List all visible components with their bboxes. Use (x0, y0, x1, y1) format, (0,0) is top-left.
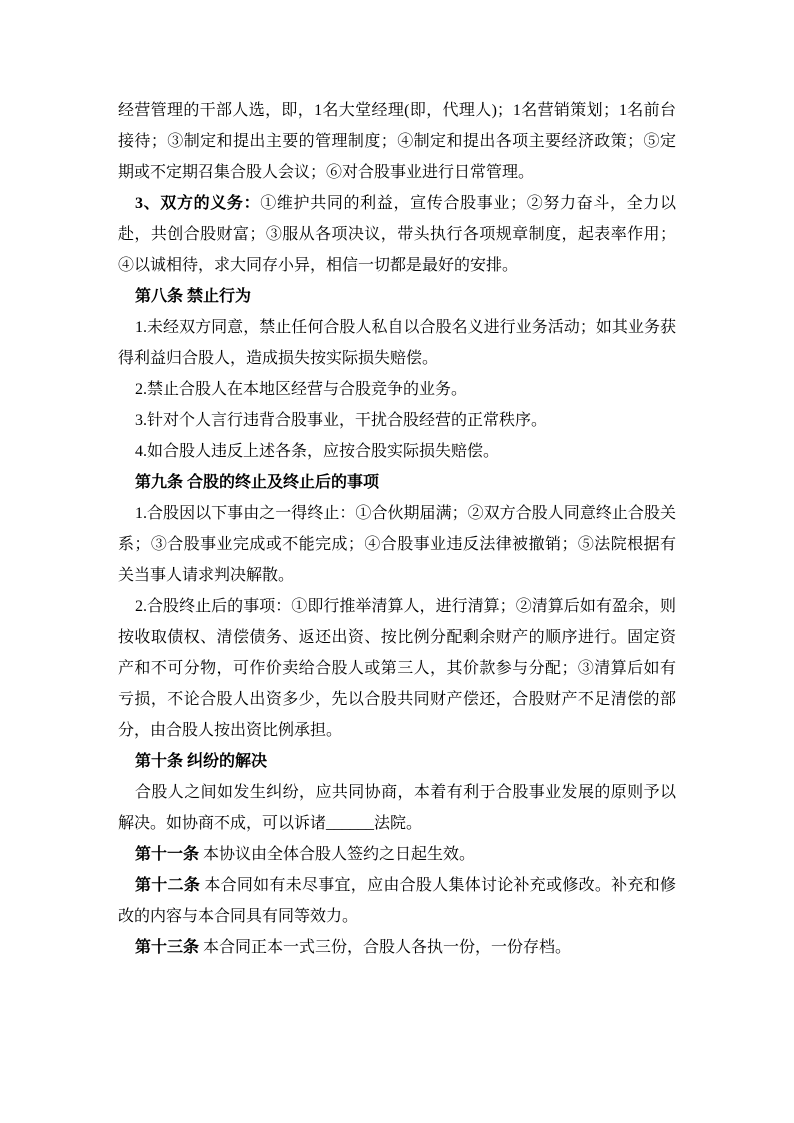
heading-article-9: 第九条 合股的终止及终止后的事项 (118, 467, 676, 498)
text-segment: 2.合股终止后的事项：①即行推举清算人，进行清算；②清算后如有盈余，则按收取债权… (118, 598, 676, 739)
text-segment: 合股人之间如发生纠纷，应共同协商，本着有利于合股事业发展的原则予以解决。如协商不… (118, 784, 676, 832)
bold-text-segment: 第十一条 (135, 846, 199, 863)
bold-text-segment: 第十三条 (135, 939, 199, 956)
para-prohibition-2: 2.禁止合股人在本地区经营与合股竞争的业务。 (118, 374, 676, 405)
bold-text-segment: 3、双方的义务： (135, 195, 260, 212)
bold-text-segment: 第八条 禁止行为 (135, 288, 251, 305)
bold-text-segment: 第九条 合股的终止及终止后的事项 (135, 474, 379, 491)
para-prohibition-4: 4.如合股人违反上述各条，应按合股实际损失赔偿。 (118, 436, 676, 467)
heading-article-8: 第八条 禁止行为 (118, 281, 676, 312)
para-prohibition-1: 1.未经双方同意，禁止任何合股人私自以合股名义进行业务活动；如其业务获得利益归合… (118, 312, 676, 374)
bold-text-segment: 第十条 纠纷的解决 (135, 753, 267, 770)
document-page: 经营管理的干部人选，即，1名大堂经理(即，代理人)；1名营销策划；1名前台接待；… (0, 0, 794, 1123)
bold-text-segment: 第十二条 (135, 877, 200, 894)
text-segment: 2.禁止合股人在本地区经营与合股竞争的业务。 (135, 381, 467, 398)
para-post-termination-matters: 2.合股终止后的事项：①即行推举清算人，进行清算；②清算后如有盈余，则按收取债权… (118, 591, 676, 746)
para-article-11: 第十一条 本协议由全体合股人签约之日起生效。 (118, 839, 676, 870)
para-prohibition-3: 3.针对个人言行违背合股事业，干扰合股经营的正常秩序。 (118, 405, 676, 436)
text-segment: 3.针对个人言行违背合股事业，干扰合股经营的正常秩序。 (135, 412, 547, 429)
para-article-12: 第十二条 本合同如有未尽事宜，应由合股人集体讨论补充或修改。补充和修改的内容与本… (118, 870, 676, 932)
text-segment: 本协议由全体合股人签约之日起生效。 (199, 846, 475, 863)
para-manager-duties-continuation: 经营管理的干部人选，即，1名大堂经理(即，代理人)；1名营销策划；1名前台接待；… (118, 95, 676, 188)
para-dispute-resolution: 合股人之间如发生纠纷，应共同协商，本着有利于合股事业发展的原则予以解决。如协商不… (118, 777, 676, 839)
text-segment: 本合同正本一式三份，合股人各执一份，一份存档。 (199, 939, 571, 956)
para-mutual-obligations: 3、双方的义务：①维护共同的利益，宣传合股事业；②努力奋斗，全力以赴，共创合股财… (118, 188, 676, 281)
text-segment: 1.合股因以下事由之一得终止：①合伙期届满；②双方合股人同意终止合股关系；③合股… (118, 505, 676, 584)
para-article-13: 第十三条 本合同正本一式三份，合股人各执一份，一份存档。 (118, 932, 676, 963)
text-segment: 本合同如有未尽事宜，应由合股人集体讨论补充或修改。补充和修改的内容与本合同具有同… (118, 877, 676, 925)
text-segment: 1.未经双方同意，禁止任何合股人私自以合股名义进行业务活动；如其业务获得利益归合… (118, 319, 676, 367)
text-segment: 经营管理的干部人选，即，1名大堂经理(即，代理人)；1名营销策划；1名前台接待；… (118, 102, 676, 181)
document-body: 经营管理的干部人选，即，1名大堂经理(即，代理人)；1名营销策划；1名前台接待；… (118, 95, 676, 963)
heading-article-10: 第十条 纠纷的解决 (118, 746, 676, 777)
para-termination-causes: 1.合股因以下事由之一得终止：①合伙期届满；②双方合股人同意终止合股关系；③合股… (118, 498, 676, 591)
text-segment: 4.如合股人违反上述各条，应按合股实际损失赔偿。 (135, 443, 499, 460)
